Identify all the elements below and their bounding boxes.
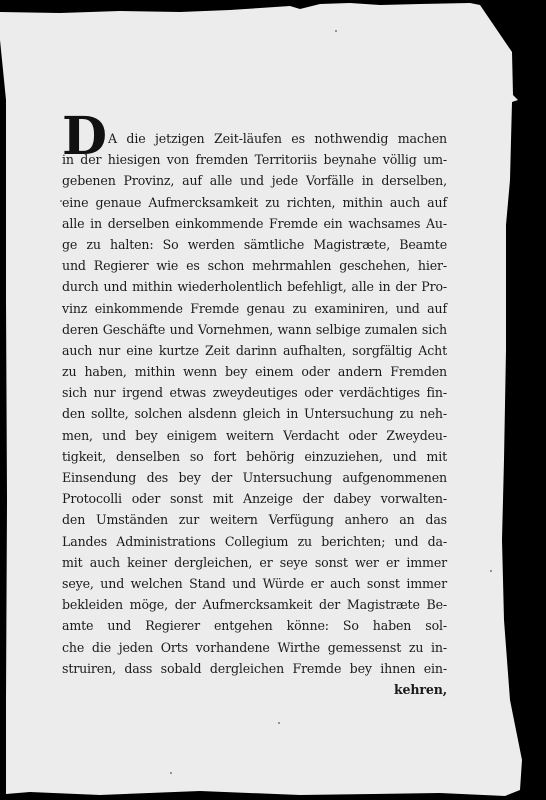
- paper-speck: [170, 772, 172, 774]
- text-line: che die jeden Orts vorhandene Wirthe gem…: [62, 637, 447, 658]
- text-line: den Umständen zur weitern Verfügung anhe…: [62, 509, 447, 530]
- text-line: men, und bey einigem weitern Verdacht od…: [62, 425, 447, 446]
- text-line: seye, und welchen Stand und Würde er auc…: [62, 573, 447, 594]
- text-line: A die jetzigen Zeit-läufen es nothwendig…: [62, 128, 447, 149]
- paper-speck: [335, 30, 337, 32]
- text-line: Einsendung des bey der Untersuchung aufg…: [62, 467, 447, 488]
- text-line: durch und mithin wiederholentlich befehl…: [62, 276, 447, 297]
- text-line: Landes Administrations Collegium zu beri…: [62, 531, 447, 552]
- text-line: Protocolli oder sonst mit Anzeige der da…: [62, 488, 447, 509]
- paper-speck: [278, 722, 280, 724]
- text-line: sich nur irgend etwas zweydeutiges oder …: [62, 382, 447, 403]
- document-body-text: A die jetzigen Zeit-läufen es nothwendig…: [62, 118, 447, 700]
- text-line: den sollte, solchen alsdenn gleich in Un…: [62, 403, 447, 424]
- catchword: kehren,: [62, 679, 447, 700]
- text-line: gebenen Provinz, auf alle und jede Vorfä…: [62, 170, 447, 191]
- text-line: zu haben, mithin wenn bey einem oder and…: [62, 361, 447, 382]
- text-line: eine genaue Aufmercksamkeit zu richten, …: [62, 192, 447, 213]
- text-line: auch nur eine kurtze Zeit darinn aufhalt…: [62, 340, 447, 361]
- text-line: amte und Regierer entgehen könne: So hab…: [62, 615, 447, 636]
- text-line: bekleiden möge, der Aufmercksamkeit der …: [62, 594, 447, 615]
- text-line: deren Geschäfte und Vornehmen, wann selb…: [62, 319, 447, 340]
- paper-speck: [490, 570, 492, 572]
- text-line: mit auch keiner dergleichen, er seye son…: [62, 552, 447, 573]
- text-line: struiren, dass sobald dergleichen Fremde…: [62, 658, 447, 679]
- text-line: vinz einkommende Fremde genau zu examini…: [62, 298, 447, 319]
- document-page: D A die jetzigen Zeit-läufen es nothwend…: [0, 0, 546, 800]
- text-line: alle in derselben einkommende Fremde ein…: [62, 213, 447, 234]
- text-line: ge zu halten: So werden sämtliche Magist…: [62, 234, 447, 255]
- text-line: und Regierer wie es schon mehrmahlen ges…: [62, 255, 447, 276]
- text-line: tigkeit, denselben so fort behörig einzu…: [62, 446, 447, 467]
- text-line: in der hiesigen von fremden Territoriis …: [62, 149, 447, 170]
